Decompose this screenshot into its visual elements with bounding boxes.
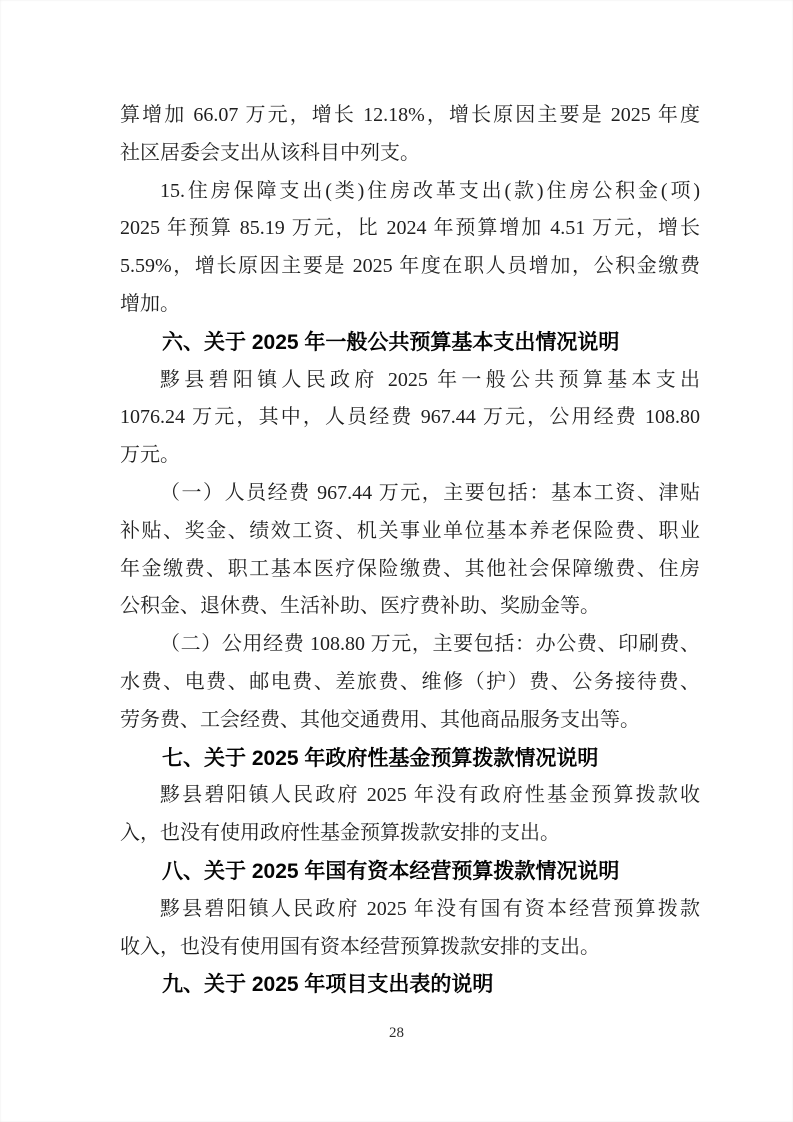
text-line: 补贴、奖金、绩效工资、机关事业单位基本养老保险费、职业 (120, 513, 700, 551)
text-line: 2025 年预算 85.19 万元，比 2024 年预算增加 4.51 万元，增… (120, 210, 700, 248)
text-line: 5.59%，增长原因主要是 2025 年度在职人员增加，公积金缴费 (120, 248, 700, 286)
paragraph: 算增加 66.07 万元，增长 12.18%，增长原因主要是 2025 年度社区… (120, 97, 700, 173)
page-number: 28 (0, 1023, 793, 1043)
text-line: 入，也没有使用政府性基金预算拨款安排的支出。 (120, 815, 700, 853)
text-line: 算增加 66.07 万元，增长 12.18%，增长原因主要是 2025 年度 (120, 97, 700, 135)
section-heading: 七、关于 2025 年政府性基金预算拨款情况说明 (120, 740, 700, 778)
paragraph: 黟县碧阳镇人民政府 2025 年没有政府性基金预算拨款收入，也没有使用政府性基金… (120, 777, 700, 853)
text-line: 劳务费、工会经费、其他交通费用、其他商品服务支出等。 (120, 702, 700, 740)
text-line: 增加。 (120, 286, 700, 324)
text-line: （二）公用经费 108.80 万元，主要包括：办公费、印刷费、 (120, 626, 700, 664)
paragraph: 黟县碧阳镇人民政府 2025 年没有国有资本经营预算拨款收入，也没有使用国有资本… (120, 891, 700, 967)
paragraph: （二）公用经费 108.80 万元，主要包括：办公费、印刷费、水费、电费、邮电费… (120, 626, 700, 739)
text-line: （一）人员经费 967.44 万元，主要包括：基本工资、津贴 (120, 475, 700, 513)
section-heading: 八、关于 2025 年国有资本经营预算拨款情况说明 (120, 853, 700, 891)
text-line: 年金缴费、职工基本医疗保险缴费、其他社会保障缴费、住房 (120, 551, 700, 589)
text-line: 1076.24 万元，其中，人员经费 967.44 万元，公用经费 108.80 (120, 399, 700, 437)
text-line: 15.住房保障支出(类)住房改革支出(款)住房公积金(项) (120, 173, 700, 211)
text-line: 社区居委会支出从该科目中列支。 (120, 135, 700, 173)
document-content: 算增加 66.07 万元，增长 12.18%，增长原因主要是 2025 年度社区… (120, 97, 700, 1004)
text-line: 黟县碧阳镇人民政府 2025 年一般公共预算基本支出 (120, 362, 700, 400)
document-page: 算增加 66.07 万元，增长 12.18%，增长原因主要是 2025 年度社区… (0, 0, 793, 1122)
text-line: 黟县碧阳镇人民政府 2025 年没有政府性基金预算拨款收 (120, 777, 700, 815)
section-heading: 六、关于 2025 年一般公共预算基本支出情况说明 (120, 324, 700, 362)
paragraph: 黟县碧阳镇人民政府 2025 年一般公共预算基本支出1076.24 万元，其中，… (120, 362, 700, 475)
paragraph: 15.住房保障支出(类)住房改革支出(款)住房公积金(项)2025 年预算 85… (120, 173, 700, 324)
text-line: 万元。 (120, 437, 700, 475)
text-line: 收入，也没有使用国有资本经营预算拨款安排的支出。 (120, 929, 700, 967)
text-line: 黟县碧阳镇人民政府 2025 年没有国有资本经营预算拨款 (120, 891, 700, 929)
paragraph: （一）人员经费 967.44 万元，主要包括：基本工资、津贴补贴、奖金、绩效工资… (120, 475, 700, 626)
section-heading: 九、关于 2025 年项目支出表的说明 (120, 966, 700, 1004)
text-line: 水费、电费、邮电费、差旅费、维修（护）费、公务接待费、 (120, 664, 700, 702)
text-line: 公积金、退休费、生活补助、医疗费补助、奖励金等。 (120, 588, 700, 626)
